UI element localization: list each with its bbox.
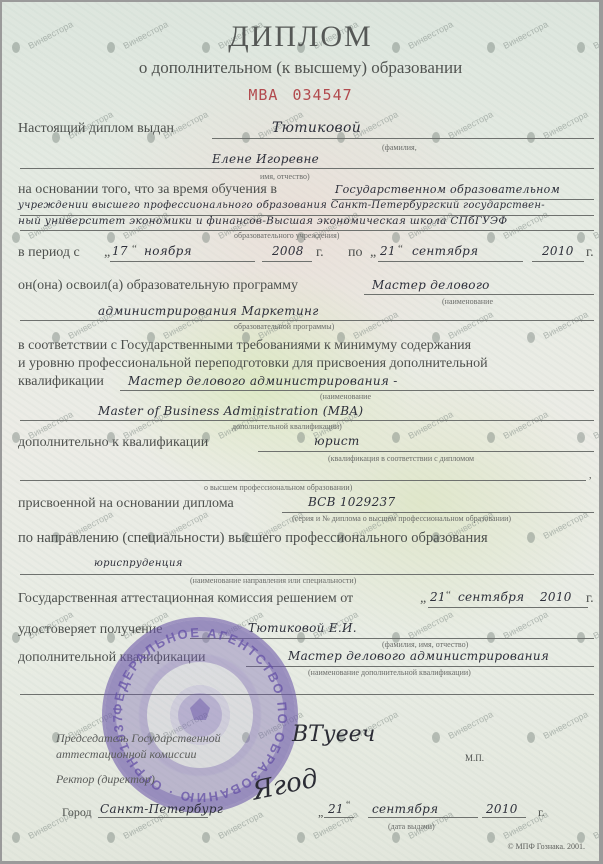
institution-caption: образовательного учреждения) bbox=[234, 231, 339, 240]
direction-value: юриспруденция bbox=[94, 558, 183, 569]
seal-place-label: М.П. bbox=[465, 753, 484, 763]
requirements-line-1: в соответствии с Государственными требов… bbox=[18, 338, 471, 354]
watermark-text: Винвестора bbox=[502, 409, 550, 441]
qualification-line-2 bbox=[20, 420, 594, 421]
period-to-day: 21 bbox=[380, 244, 396, 258]
security-dot bbox=[527, 532, 535, 543]
security-dot bbox=[392, 432, 400, 443]
security-dot bbox=[392, 232, 400, 243]
security-dot bbox=[12, 232, 20, 243]
watermark-text: Винвестора bbox=[447, 709, 495, 741]
qualification-caption-1: (наименование bbox=[320, 392, 371, 401]
security-dot bbox=[577, 232, 585, 243]
issue-day-line bbox=[324, 817, 354, 818]
qualification-label: квалификации bbox=[18, 374, 104, 390]
period-to-year: 2010 bbox=[542, 244, 574, 258]
diploma-basis-value: ВСВ 1029237 bbox=[308, 495, 395, 509]
security-dot bbox=[527, 732, 535, 743]
given-names-value: Елене Игоревне bbox=[212, 152, 319, 166]
rector-label: Ректор (директор) bbox=[56, 772, 155, 787]
watermark-text: Винвестора bbox=[502, 209, 550, 241]
security-dot bbox=[202, 232, 210, 243]
diploma-page: ВинвестораВинвестораВинвестораВинвестора… bbox=[2, 2, 599, 861]
watermark-text: Винвестора bbox=[542, 109, 590, 141]
surname-line bbox=[212, 138, 594, 139]
issued-to-label: Настоящий диплом выдан bbox=[18, 121, 174, 137]
document-subtitle: о дополнительном (к высшему) образовании bbox=[2, 58, 599, 78]
period-from-year-line bbox=[262, 261, 312, 262]
serial-number: МВА034547 bbox=[2, 86, 599, 104]
watermark-text: Винвестора bbox=[592, 209, 599, 241]
security-dot bbox=[432, 732, 440, 743]
given-names-caption: имя, отчество) bbox=[260, 172, 310, 181]
watermark-text: Винвестора bbox=[542, 509, 590, 541]
program-line-1 bbox=[364, 294, 594, 295]
printer-footer: © МПФ Гознака. 2001. bbox=[507, 842, 585, 851]
security-dot bbox=[392, 832, 400, 843]
surname-value: Тютиковой bbox=[272, 120, 361, 136]
period-from-year-suffix: г. bbox=[316, 245, 324, 261]
additional-caption-2: о высшем профессиональном образовании) bbox=[204, 483, 352, 492]
period-from-month: ноября bbox=[144, 244, 192, 258]
document-title: ДИПЛОМ bbox=[2, 20, 599, 54]
qualification-line-1-value: Мастер делового администрирования - bbox=[128, 374, 398, 388]
issue-caption: (дата выдачи) bbox=[388, 822, 435, 831]
security-dot bbox=[297, 432, 305, 443]
quote-close-2: “ bbox=[398, 243, 403, 255]
diploma-basis-line bbox=[282, 512, 594, 513]
city-line bbox=[98, 817, 208, 818]
serial-number-value: 034547 bbox=[292, 86, 352, 104]
period-to-year-suffix: г. bbox=[586, 245, 594, 261]
institution-line-3-value: ный университет экономики и финансов-Выс… bbox=[18, 215, 507, 227]
security-dot bbox=[527, 332, 535, 343]
city-value: Санкт-Петербург bbox=[100, 802, 223, 816]
watermark-text: Винвестора bbox=[352, 309, 400, 341]
security-dot bbox=[12, 832, 20, 843]
quote-close-4: “ bbox=[346, 800, 350, 811]
watermark-text: Винвестора bbox=[217, 809, 265, 841]
qualification-caption-2: дополнительной квалификации) bbox=[232, 422, 342, 431]
additional-caption-1: (квалификация в соответствии с дипломом bbox=[328, 454, 474, 463]
city-label: Город bbox=[62, 805, 92, 820]
commission-label: Государственная аттестационная комиссия … bbox=[18, 591, 353, 607]
comma: , bbox=[589, 470, 592, 481]
additional-line-2 bbox=[20, 480, 586, 481]
period-from-day: 17 bbox=[112, 244, 128, 258]
watermark-text: Винвестора bbox=[447, 309, 495, 341]
quote-close-3: “ bbox=[446, 589, 451, 601]
watermark-text: Винвестора bbox=[592, 609, 599, 641]
quote-open-3: „ bbox=[420, 591, 426, 607]
requirements-line-2: и уровню профессиональной переподготовки… bbox=[18, 356, 488, 372]
quote-open-2: „ bbox=[370, 245, 376, 261]
quote-open-4: „ bbox=[318, 805, 323, 820]
period-to-month: сентября bbox=[412, 244, 478, 258]
issue-month-line bbox=[368, 817, 478, 818]
direction-label: по направлению (специальности) высшего п… bbox=[18, 530, 488, 547]
issue-suffix: г. bbox=[538, 805, 545, 820]
program-line-2 bbox=[20, 320, 594, 321]
diploma-basis-label: присвоенной на основании диплома bbox=[18, 496, 234, 512]
issue-year-line bbox=[482, 817, 526, 818]
security-dot bbox=[297, 832, 305, 843]
given-names-line bbox=[20, 168, 594, 169]
period-label: в период с bbox=[18, 245, 80, 261]
issue-month: сентября bbox=[372, 802, 438, 816]
watermark-text: Винвестора bbox=[447, 109, 495, 141]
chairman-label-1: Председатель Государственной bbox=[56, 731, 221, 746]
quote-close: “ bbox=[132, 243, 137, 255]
diploma-basis-caption: (серия и № диплома о высшем профессионал… bbox=[292, 514, 511, 523]
security-dot bbox=[487, 432, 495, 443]
watermark-text: Винвестора bbox=[502, 609, 550, 641]
certifies-caption: (фамилия, имя, отчество) bbox=[382, 640, 468, 649]
commission-date-line bbox=[428, 607, 588, 608]
period-from-year: 2008 bbox=[272, 244, 304, 258]
add-qual-line bbox=[246, 666, 594, 667]
additional-label: дополнительно к квалификации bbox=[18, 435, 208, 451]
commission-suffix: г. bbox=[586, 591, 594, 607]
security-dot bbox=[107, 832, 115, 843]
program-line-2-value: администрирования Маркетинг bbox=[98, 304, 319, 318]
quote-open: „ bbox=[104, 245, 110, 261]
commission-day: 21 bbox=[430, 590, 446, 604]
program-line-1-value: Мастер делового bbox=[372, 278, 490, 292]
institution-line-1-value: Государственном образовательном bbox=[335, 183, 560, 196]
commission-month: сентября bbox=[458, 590, 524, 604]
watermark-text: Винвестора bbox=[542, 709, 590, 741]
security-dot bbox=[577, 432, 585, 443]
chairman-label-2: аттестационной комиссии bbox=[56, 747, 197, 762]
period-to-year-line bbox=[532, 261, 584, 262]
watermark-text: Винвестора bbox=[592, 409, 599, 441]
qualification-line-2-value: Master of Business Administration (MBA) bbox=[98, 404, 363, 418]
program-caption-1: (наименование bbox=[442, 297, 493, 306]
chairman-signature: ВТуееч bbox=[292, 722, 375, 747]
issue-day: 21 bbox=[328, 802, 344, 816]
security-dot bbox=[487, 232, 495, 243]
additional-line bbox=[258, 451, 594, 452]
watermark-text: Винвестора bbox=[407, 409, 455, 441]
add-qual-caption: (наименование дополнительной квалификаци… bbox=[308, 668, 471, 677]
issue-year: 2010 bbox=[486, 802, 518, 816]
security-dot bbox=[107, 232, 115, 243]
add-qual-value: Мастер делового администрирования bbox=[288, 649, 549, 663]
commission-year: 2010 bbox=[540, 590, 572, 604]
period-from-line bbox=[110, 261, 255, 262]
period-to-line bbox=[378, 261, 523, 262]
additional-value: юрист bbox=[314, 434, 360, 448]
direction-line bbox=[20, 574, 594, 575]
period-to-label: по bbox=[348, 245, 363, 261]
watermark-text: Винвестора bbox=[542, 309, 590, 341]
qualification-line-1 bbox=[120, 390, 594, 391]
security-dot bbox=[202, 832, 210, 843]
program-caption-2: образовательной программы) bbox=[234, 322, 334, 331]
watermark-text: Винвестора bbox=[407, 609, 455, 641]
basis-label: на основании того, что за время обучения… bbox=[18, 182, 277, 198]
security-dot bbox=[487, 832, 495, 843]
serial-series: МВА bbox=[248, 86, 278, 104]
direction-caption: (наименование направления или специально… bbox=[190, 576, 356, 585]
program-label: он(она) освоил(а) образовательную програ… bbox=[18, 278, 298, 294]
institution-line-2-value: учреждении высшего профессионального обр… bbox=[18, 200, 545, 211]
watermark-text: Винвестора bbox=[592, 809, 599, 841]
surname-caption: (фамилия, bbox=[382, 143, 417, 152]
